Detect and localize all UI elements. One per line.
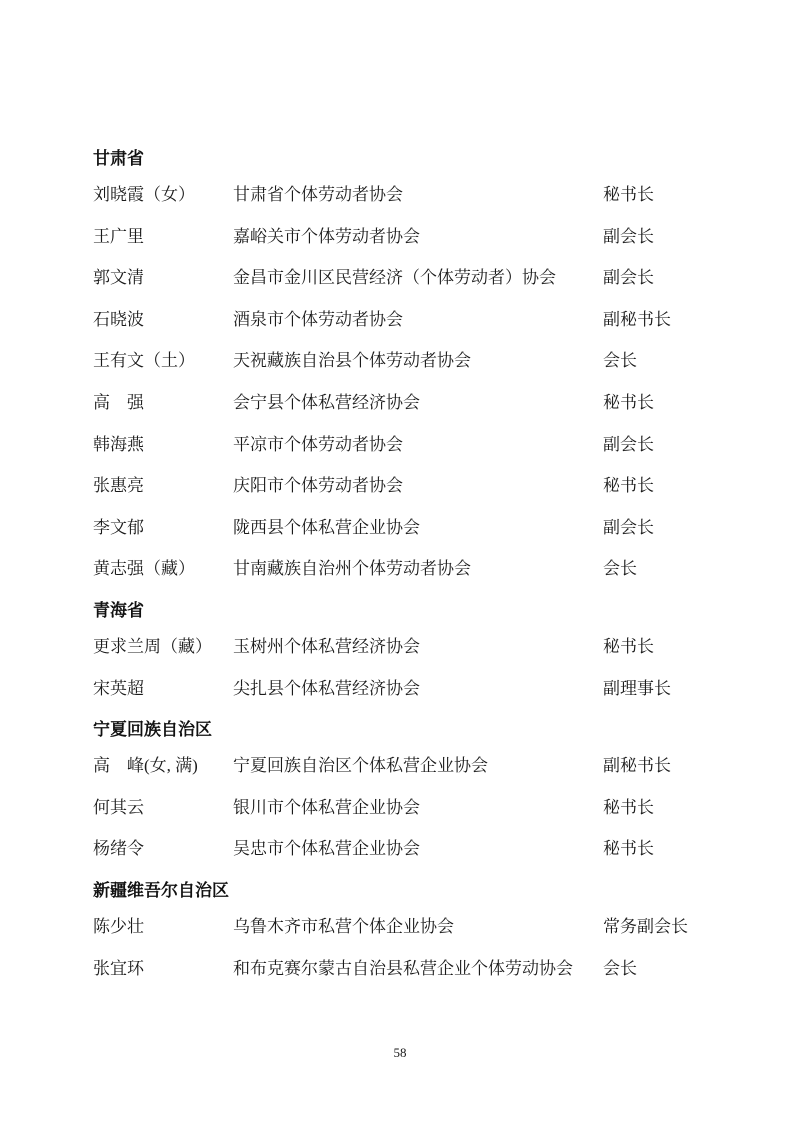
table-row: 杨绪令 吴忠市个体私营企业协会 秘书长: [93, 840, 758, 857]
person-name: 王有文（土）: [93, 352, 233, 369]
position-title: 副会长: [603, 519, 654, 536]
position-title: 副会长: [603, 228, 654, 245]
table-row: 宋英超 尖扎县个体私营经济协会 副理事长: [93, 680, 758, 697]
table-row: 刘晓霞（女） 甘肃省个体劳动者协会 秘书长: [93, 186, 758, 203]
position-title: 会长: [603, 960, 637, 977]
section-qinghai: 青海省 更求兰周（藏） 玉树州个体私营经济协会 秘书长 宋英超 尖扎县个体私营经…: [93, 602, 758, 697]
table-row: 何其云 银川市个体私营企业协会 秘书长: [93, 799, 758, 816]
table-row: 石晓波 酒泉市个体劳动者协会 副秘书长: [93, 311, 758, 328]
position-title: 秘书长: [603, 799, 654, 816]
person-name: 韩海燕: [93, 436, 233, 453]
organization-name: 乌鲁木齐市私营个体企业协会: [233, 918, 603, 935]
organization-name: 酒泉市个体劳动者协会: [233, 311, 603, 328]
section-ningxia: 宁夏回族自治区 高 峰(女, 满) 宁夏回族自治区个体私营企业协会 副秘书长 何…: [93, 721, 758, 857]
section-title: 宁夏回族自治区: [93, 721, 758, 738]
organization-name: 玉树州个体私营经济协会: [233, 638, 603, 655]
person-name: 黄志强（藏）: [93, 560, 233, 577]
page-content: 甘肃省 刘晓霞（女） 甘肃省个体劳动者协会 秘书长 王广里 嘉峪关市个体劳动者协…: [93, 150, 758, 1001]
person-name: 陈少壮: [93, 918, 233, 935]
organization-name: 宁夏回族自治区个体私营企业协会: [233, 757, 603, 774]
person-name: 杨绪令: [93, 840, 233, 857]
person-name: 张宜环: [93, 960, 233, 977]
person-name: 李文郁: [93, 519, 233, 536]
table-row: 高 峰(女, 满) 宁夏回族自治区个体私营企业协会 副秘书长: [93, 757, 758, 774]
position-title: 秘书长: [603, 638, 654, 655]
position-title: 副会长: [603, 436, 654, 453]
organization-name: 和布克赛尔蒙古自治县私营企业个体劳动协会: [233, 960, 603, 977]
position-title: 副理事长: [603, 680, 671, 697]
table-row: 李文郁 陇西县个体私营企业协会 副会长: [93, 519, 758, 536]
organization-name: 尖扎县个体私营经济协会: [233, 680, 603, 697]
section-xinjiang: 新疆维吾尔自治区 陈少壮 乌鲁木齐市私营个体企业协会 常务副会长 张宜环 和布克…: [93, 882, 758, 977]
table-row: 王有文（土） 天祝藏族自治县个体劳动者协会 会长: [93, 352, 758, 369]
table-row: 陈少壮 乌鲁木齐市私营个体企业协会 常务副会长: [93, 918, 758, 935]
organization-name: 会宁县个体私营经济协会: [233, 394, 603, 411]
position-title: 常务副会长: [603, 918, 688, 935]
position-title: 秘书长: [603, 394, 654, 411]
table-row: 张宜环 和布克赛尔蒙古自治县私营企业个体劳动协会 会长: [93, 960, 758, 977]
position-title: 副会长: [603, 269, 654, 286]
organization-name: 陇西县个体私营企业协会: [233, 519, 603, 536]
document-page: 甘肃省 刘晓霞（女） 甘肃省个体劳动者协会 秘书长 王广里 嘉峪关市个体劳动者协…: [0, 0, 800, 1131]
position-title: 秘书长: [603, 840, 654, 857]
table-row: 高 强 会宁县个体私营经济协会 秘书长: [93, 394, 758, 411]
table-row: 王广里 嘉峪关市个体劳动者协会 副会长: [93, 228, 758, 245]
table-row: 更求兰周（藏） 玉树州个体私营经济协会 秘书长: [93, 638, 758, 655]
person-name: 宋英超: [93, 680, 233, 697]
position-title: 副秘书长: [603, 311, 671, 328]
organization-name: 吴忠市个体私营企业协会: [233, 840, 603, 857]
person-name: 高 强: [93, 394, 233, 411]
organization-name: 甘南藏族自治州个体劳动者协会: [233, 560, 603, 577]
table-row: 郭文清 金昌市金川区民营经济（个体劳动者）协会 副会长: [93, 269, 758, 286]
organization-name: 庆阳市个体劳动者协会: [233, 477, 603, 494]
section-title: 青海省: [93, 602, 758, 619]
page-number: 58: [0, 1046, 800, 1059]
organization-name: 天祝藏族自治县个体劳动者协会: [233, 352, 603, 369]
person-name: 郭文清: [93, 269, 233, 286]
position-title: 副秘书长: [603, 757, 671, 774]
section-title: 新疆维吾尔自治区: [93, 882, 758, 899]
position-title: 会长: [603, 560, 637, 577]
position-title: 秘书长: [603, 186, 654, 203]
person-name: 刘晓霞（女）: [93, 186, 233, 203]
section-gansu: 甘肃省 刘晓霞（女） 甘肃省个体劳动者协会 秘书长 王广里 嘉峪关市个体劳动者协…: [93, 150, 758, 577]
person-name: 高 峰(女, 满): [93, 757, 233, 774]
table-row: 韩海燕 平凉市个体劳动者协会 副会长: [93, 436, 758, 453]
organization-name: 平凉市个体劳动者协会: [233, 436, 603, 453]
person-name: 张惠亮: [93, 477, 233, 494]
person-name: 更求兰周（藏）: [93, 638, 233, 655]
person-name: 何其云: [93, 799, 233, 816]
organization-name: 银川市个体私营企业协会: [233, 799, 603, 816]
table-row: 张惠亮 庆阳市个体劳动者协会 秘书长: [93, 477, 758, 494]
position-title: 秘书长: [603, 477, 654, 494]
person-name: 石晓波: [93, 311, 233, 328]
position-title: 会长: [603, 352, 637, 369]
person-name: 王广里: [93, 228, 233, 245]
organization-name: 嘉峪关市个体劳动者协会: [233, 228, 603, 245]
organization-name: 金昌市金川区民营经济（个体劳动者）协会: [233, 269, 603, 286]
section-title: 甘肃省: [93, 150, 758, 167]
organization-name: 甘肃省个体劳动者协会: [233, 186, 603, 203]
table-row: 黄志强（藏） 甘南藏族自治州个体劳动者协会 会长: [93, 560, 758, 577]
